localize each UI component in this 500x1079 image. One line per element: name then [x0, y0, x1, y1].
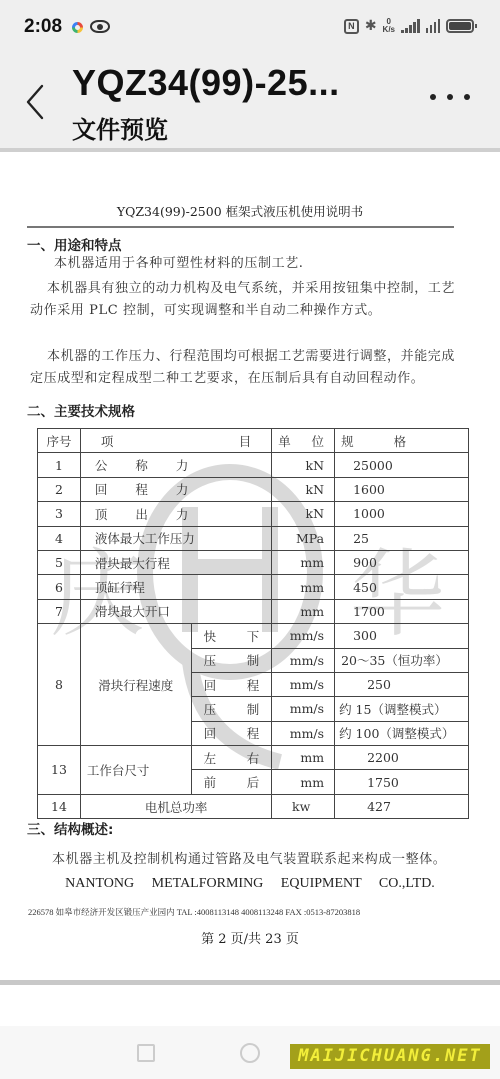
- row-unit: mm/s: [272, 721, 335, 745]
- row-item: 滑块行程速度: [80, 624, 191, 746]
- row-value: 20～35（恒功率）: [335, 648, 469, 672]
- row-item: 工作台尺寸: [80, 746, 191, 795]
- row-item: 液体最大工作压力: [80, 526, 271, 550]
- paragraph: 本机器主机及控制机构通过管路及电气装置联系起来构成一整体。: [30, 849, 470, 871]
- table-row: 14 电机总功率 kw 427: [38, 794, 469, 818]
- row-value: 约 100（调整模式）: [335, 721, 469, 745]
- header-item: 项目: [80, 429, 271, 453]
- row-no: 13: [38, 746, 81, 795]
- row-unit: mm/s: [272, 624, 335, 648]
- site-watermark-badge: MAIJICHUANG.NET: [290, 1044, 490, 1069]
- network-speed-unit: K/s: [383, 25, 395, 34]
- table-row: 13 工作台尺寸 左右 mm 2200: [38, 746, 469, 770]
- row-item: 顶缸行程: [80, 575, 271, 599]
- row-value: 250: [335, 672, 469, 696]
- row-value: 25000: [335, 453, 469, 477]
- running-header: YQZ34(99)-2500 框架式液压机使用说明书: [0, 202, 500, 220]
- status-time: 2:08: [24, 16, 62, 38]
- section-heading-structure: 三、结构概述:: [27, 818, 113, 838]
- row-unit: mm: [272, 550, 335, 574]
- row-value: 1700: [335, 599, 469, 623]
- row-value: 450: [335, 575, 469, 599]
- header-spec: 规格: [335, 429, 469, 453]
- document-preview[interactable]: YQZ34(99)-2500 框架式液压机使用说明书 一、用途和特点 本机器适用…: [0, 152, 500, 940]
- battery-icon: [446, 19, 474, 33]
- row-subitem: 快下: [191, 624, 272, 648]
- circle-icon[interactable]: [240, 1043, 260, 1063]
- page-indicator: 第 2 页/共 23 页: [0, 928, 500, 947]
- row-value: 25: [335, 526, 469, 550]
- status-bar: 2:08 N ✱ 0 K/s: [0, 0, 500, 52]
- table-row: 7 滑块最大开口 mm 1700: [38, 599, 469, 623]
- spec-table: 序号 项目 单位 规格 1 公 称 力 kN 25000 2 回 程 力 kN …: [37, 428, 469, 819]
- paragraph: 本机器具有独立的动力机构及电气系统，并采用按钮集中控制，工艺动作采用 PLC 控…: [30, 278, 460, 322]
- eye-icon: [90, 20, 110, 33]
- row-subitem: 回程: [191, 672, 272, 696]
- row-unit: MPa: [272, 526, 335, 550]
- app-notification-icon: [72, 22, 83, 33]
- signal-icon: [401, 19, 420, 33]
- row-subitem: 压制: [191, 648, 272, 672]
- app-header: YQZ34(99)-25... 文件预览: [0, 52, 500, 148]
- row-no: 7: [38, 599, 81, 623]
- row-value: 427: [335, 794, 469, 818]
- row-no: 1: [38, 453, 81, 477]
- row-item: 回 程 力: [80, 477, 271, 501]
- row-item: 公 称 力: [80, 453, 271, 477]
- section-heading-specs: 二、主要技术规格: [27, 400, 135, 420]
- row-unit: mm: [272, 746, 335, 770]
- row-value: 2200: [335, 746, 469, 770]
- row-no: 14: [38, 794, 81, 818]
- table-row: 5 滑块最大行程 mm 900: [38, 550, 469, 574]
- square-icon[interactable]: [137, 1044, 155, 1062]
- network-speed-icon: 0 K/s: [383, 18, 395, 34]
- row-unit: mm: [272, 599, 335, 623]
- table-row: 4 液体最大工作压力 MPa 25: [38, 526, 469, 550]
- row-value: 1000: [335, 502, 469, 526]
- company-name: NANTONG METALFORMING EQUIPMENT CO.,LTD.: [0, 876, 500, 892]
- table-row: 8 滑块行程速度 快下 mm/s 300: [38, 624, 469, 648]
- row-no: 6: [38, 575, 81, 599]
- header-unit: 单位: [272, 429, 335, 453]
- row-unit: mm: [272, 770, 335, 794]
- row-item: 电机总功率: [80, 794, 271, 818]
- row-unit: kN: [272, 477, 335, 501]
- row-item: 滑块最大行程: [80, 550, 271, 574]
- row-no: 3: [38, 502, 81, 526]
- row-unit: kN: [272, 453, 335, 477]
- row-item: 顶 出 力: [80, 502, 271, 526]
- page-subtitle: 文件预览: [72, 110, 168, 145]
- row-unit: mm/s: [272, 697, 335, 721]
- row-unit: mm: [272, 575, 335, 599]
- signal-icon: [426, 19, 441, 33]
- row-unit: mm/s: [272, 672, 335, 696]
- row-item: 滑块最大开口: [80, 599, 271, 623]
- row-no: 5: [38, 550, 81, 574]
- row-subitem: 回程: [191, 721, 272, 745]
- paragraph: 本机器适用于各种可塑性材料的压制工艺.: [37, 253, 457, 275]
- more-horizontal-icon[interactable]: [430, 92, 470, 102]
- chevron-left-icon[interactable]: [22, 82, 48, 122]
- row-unit: kw: [272, 794, 335, 818]
- row-value: 1600: [335, 477, 469, 501]
- row-subitem: 左右: [191, 746, 272, 770]
- table-row: 2 回 程 力 kN 1600: [38, 477, 469, 501]
- page-divider: [0, 980, 500, 985]
- header-rule: [27, 226, 454, 228]
- table-row: 6 顶缸行程 mm 450: [38, 575, 469, 599]
- row-subitem: 前后: [191, 770, 272, 794]
- row-value: 1750: [335, 770, 469, 794]
- paragraph: 本机器的工作压力、行程范围均可根据工艺需要进行调整，并能完成定压成型和定程成型二…: [30, 346, 460, 390]
- row-unit: mm/s: [272, 648, 335, 672]
- row-value: 900: [335, 550, 469, 574]
- bluetooth-icon: ✱: [365, 18, 377, 34]
- section-heading-usage: 一、用途和特点: [27, 234, 122, 254]
- company-address: 226578 如皋市经济开发区锻压产业园内 TAL :4008113148 40…: [28, 906, 473, 918]
- row-no: 2: [38, 477, 81, 501]
- row-value: 约 15（调整模式）: [335, 697, 469, 721]
- row-value: 300: [335, 624, 469, 648]
- row-subitem: 压制: [191, 697, 272, 721]
- table-header-row: 序号 项目 单位 规格: [38, 429, 469, 453]
- table-row: 3 顶 出 力 kN 1000: [38, 502, 469, 526]
- document-title: YQZ34(99)-25...: [72, 62, 340, 104]
- row-no: 8: [38, 624, 81, 746]
- table-row: 1 公 称 力 kN 25000: [38, 453, 469, 477]
- row-no: 4: [38, 526, 81, 550]
- nfc-icon: N: [344, 19, 359, 34]
- header-no: 序号: [38, 429, 81, 453]
- status-icons: N ✱ 0 K/s: [344, 16, 474, 36]
- row-unit: kN: [272, 502, 335, 526]
